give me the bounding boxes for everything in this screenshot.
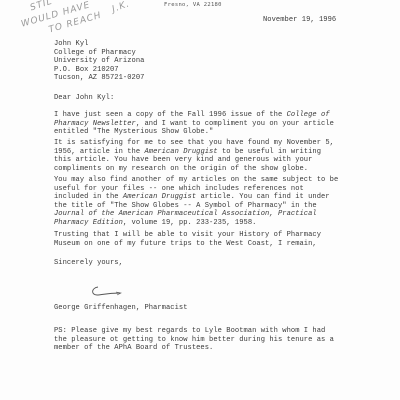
recipient-name: John Kyl bbox=[54, 40, 144, 49]
text: included in the bbox=[54, 193, 123, 201]
text-line: useful for your files -- one which inclu… bbox=[54, 185, 394, 194]
text-line: the title of "The Show Globes -- A Symbo… bbox=[54, 202, 394, 211]
text: , and I want to compliment you on your a… bbox=[136, 120, 334, 128]
handwritten-initials: J.K. bbox=[111, 0, 132, 15]
text: , volume 19, pp. 233-235, 1958. bbox=[123, 219, 257, 227]
publication-title: Journal of the American Pharmaceutical A… bbox=[54, 210, 394, 219]
paragraph-3: You may also find another of my articles… bbox=[54, 176, 394, 228]
text-line: PS: Please give my best regards to Lyle … bbox=[54, 327, 394, 336]
recipient-line-2: University of Arizona bbox=[54, 57, 144, 66]
paragraph-4: Trusting that I will be able to visit yo… bbox=[54, 231, 394, 248]
recipient-address: John Kyl College of Pharmacy University … bbox=[54, 40, 144, 83]
text-line: this article. You have been very kind an… bbox=[54, 156, 394, 165]
publication-title: American Druggist bbox=[123, 193, 196, 201]
postscript: PS: Please give my best regards to Lyle … bbox=[54, 327, 394, 353]
text-line: compliments on my research on the origin… bbox=[54, 165, 394, 174]
text: to be useful in writing bbox=[218, 148, 321, 156]
signer-name: George Griffenhagen, Pharmacist bbox=[54, 304, 188, 313]
letterhead-fragment: Fresno, VA 22180 bbox=[164, 2, 222, 8]
paragraph-1: I have just seen a copy of the Fall 1996… bbox=[54, 111, 394, 137]
publication-title: American Druggist bbox=[144, 148, 217, 156]
closing: Sincerely yours, bbox=[54, 259, 123, 268]
handwritten-annotation: STIL WOULD HAVE TO REACH J.K. bbox=[12, 0, 152, 38]
text-line: Museum on one of my future trips to the … bbox=[54, 240, 394, 249]
text-line: the pleasure ot getting to know him bett… bbox=[54, 336, 394, 345]
recipient-line-3: P.O. Box 210207 bbox=[54, 66, 144, 75]
text-line: Trusting that I will be able to visit yo… bbox=[54, 231, 394, 240]
publication-title: College of bbox=[287, 111, 330, 119]
paragraph-2: It is satisfying for me to see that you … bbox=[54, 139, 394, 173]
publication-title: Pharmacy Edition bbox=[54, 219, 123, 227]
text: 1956, article in the bbox=[54, 148, 144, 156]
letter-page: STIL WOULD HAVE TO REACH J.K. Fresno, VA… bbox=[0, 0, 400, 400]
salutation: Dear John Kyl: bbox=[54, 94, 114, 103]
text: I have just seen a copy of the Fall 1996… bbox=[54, 111, 287, 119]
signature-icon bbox=[88, 284, 128, 300]
text-line: You may also find another of my articles… bbox=[54, 176, 394, 185]
recipient-line-1: College of Pharmacy bbox=[54, 49, 144, 58]
recipient-line-4: Tucson, AZ 85721-0207 bbox=[54, 74, 144, 83]
text-line: entitled "The Mysterious Show Globe." bbox=[54, 128, 394, 137]
text: article. You can find it under bbox=[196, 193, 330, 201]
text-line: It is satisfying for me to see that you … bbox=[54, 139, 394, 148]
publication-title: Pharmacy Newsletter bbox=[54, 120, 136, 128]
text-line: member of the APhA Board of Trustees. bbox=[54, 344, 394, 353]
letter-date: November 19, 1996 bbox=[263, 16, 336, 25]
